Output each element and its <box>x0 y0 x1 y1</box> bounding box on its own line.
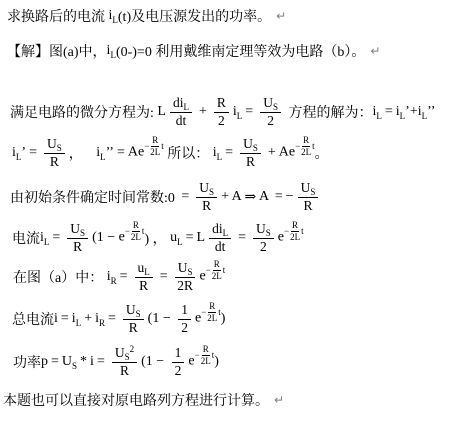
text-run: + A <box>221 189 244 205</box>
var-with-sub: uL <box>170 230 183 246</box>
formula-line-iL-uL: 电流 iL = USR (1 − e−R2Lt ) ， uL = L diLdt… <box>12 219 304 257</box>
equals-operator: = <box>120 269 128 285</box>
exp-term: e−R2Lt <box>195 308 221 330</box>
plus-operator: + <box>268 145 276 161</box>
math-sub: L <box>44 237 50 247</box>
exp-term: e−R2Lt <box>119 227 145 249</box>
frac-numerator: 1 <box>178 302 191 319</box>
math-sub: L <box>76 318 82 328</box>
plus-operator: + <box>199 104 207 120</box>
exp-fraction: R2L <box>301 135 311 157</box>
exp-term: e−R2Lt <box>199 266 225 288</box>
text-run: (0-)=0 利用戴维南定理等效为电路（b）。 <box>116 41 365 61</box>
exponent: −R2Lt <box>195 344 215 366</box>
exponent: −R2Lt <box>125 220 145 242</box>
math-sub: L <box>422 111 428 121</box>
math-sub: S <box>266 228 271 238</box>
exponent: −R2Lt <box>284 220 304 242</box>
minus-sign: − <box>125 227 130 236</box>
frac-numerator: US <box>44 136 65 153</box>
math-var: U <box>178 260 188 275</box>
math-sub: L <box>177 237 183 247</box>
frac-numerator: US <box>298 180 319 197</box>
math-var: t <box>212 351 215 360</box>
math-sub: L <box>110 50 116 60</box>
equals-operator: = <box>181 189 189 205</box>
var-with-sub: iL’ <box>396 104 410 120</box>
text-run: ) <box>221 311 226 327</box>
math-sub: S <box>72 361 77 371</box>
formula-line-total-current: 总电流 i = iL + iR = USR (1 − 12 e−R2Lt ) <box>12 300 225 338</box>
frac-numerator: uL <box>135 260 153 277</box>
exponent: −R2Lt <box>295 135 315 157</box>
math-var: U <box>263 95 273 110</box>
math-var: t <box>161 142 164 151</box>
text-run: 功率 <box>13 352 41 372</box>
math-var: U <box>126 302 136 317</box>
exp-term: Ae−R2Lt <box>128 142 164 164</box>
frac-numerator: R <box>214 95 229 112</box>
plus-operator: + <box>410 104 418 120</box>
text-run: A <box>256 189 272 205</box>
frac-denominator: 2L <box>201 356 211 366</box>
exp-term: e−R2Lt <box>188 351 214 373</box>
math-var: t <box>301 227 304 236</box>
fraction-Us2-R: US2R <box>112 345 137 378</box>
text-run: 电流 <box>12 228 40 248</box>
formula-line-solution-parts: iL’ = USR ，ㅤ iL’’ = Ae−R2Lt 所以： iL = USR… <box>12 134 329 172</box>
minus-sign: − <box>195 351 200 360</box>
frac-denominator: R <box>302 198 315 214</box>
frac-denominator: R <box>127 320 140 336</box>
prime-mark: ’’ <box>427 104 435 119</box>
frac-denominator: R <box>244 154 257 170</box>
minus-sign: − <box>144 142 149 151</box>
frac-denominator: 2L <box>290 232 300 242</box>
math-sub: S <box>187 267 192 277</box>
exponent: −R2Lt <box>144 135 164 157</box>
equals-operator: = <box>108 311 116 327</box>
math-var: i <box>54 311 58 327</box>
frac-numerator: R <box>208 301 216 312</box>
fraction-R-2: R2 <box>214 95 229 128</box>
math-sub: S <box>80 228 85 238</box>
fraction-Us-R: USR <box>240 136 261 169</box>
minus-sign: − <box>206 266 211 275</box>
frac-denominator: R <box>200 198 213 214</box>
minus-sign: − <box>201 308 206 317</box>
fraction-Us-2: US2 <box>253 221 274 254</box>
frac-denominator: 2R <box>175 278 195 294</box>
paragraph-mark-icon: ↵ <box>370 44 380 58</box>
exp-fraction: R2L <box>201 344 211 366</box>
exponent: −R2Lt <box>201 301 221 323</box>
var-with-sub: iL <box>40 230 49 246</box>
fraction-Us-R: USR <box>67 221 88 254</box>
text-run: (t)及电压源发出的功率。 <box>118 6 271 26</box>
math-var: U <box>199 180 209 195</box>
exp-fraction: R2L <box>207 301 217 323</box>
var-with-sub: iL <box>109 8 118 24</box>
text-run: 满足电路的微分方程为: <box>10 102 157 122</box>
frac-denominator: 2 <box>173 363 184 379</box>
frac-numerator: R <box>291 220 299 231</box>
math-var: U <box>243 136 253 151</box>
equals-operator: = <box>97 354 105 370</box>
math-var: di <box>212 221 223 236</box>
frac-numerator: R <box>202 344 210 355</box>
frac-numerator: US <box>240 136 261 153</box>
frac-denominator: R <box>71 239 84 255</box>
frac-denominator: R <box>48 154 61 170</box>
exp-fraction: R2L <box>150 135 160 157</box>
frac-denominator: 2L <box>301 147 311 157</box>
equals-operator: = <box>61 311 69 327</box>
frac-numerator: R <box>213 259 221 270</box>
text-run: 方程的解为： <box>285 102 373 122</box>
frac-denominator: 2L <box>150 147 160 157</box>
minus-sign: − <box>286 189 294 205</box>
var-with-sub: iL <box>213 145 222 161</box>
equals-operator: = <box>238 230 246 246</box>
fraction-uL-R: uLR <box>135 260 153 293</box>
text-run: ，ㅤ <box>69 143 97 163</box>
math-sub: L <box>100 152 106 162</box>
math-var: U <box>47 136 57 151</box>
text-run: 总电流 <box>12 309 54 329</box>
frac-denominator: 2L <box>207 313 217 323</box>
frac-numerator: diL <box>170 95 192 112</box>
equals-operator: = <box>51 354 59 370</box>
prime-mark: ’’ <box>106 145 114 160</box>
frac-denominator: 2 <box>216 113 227 129</box>
minus-sign: − <box>295 142 300 151</box>
text-run: (1 − <box>141 354 168 370</box>
text-line-solution-intro: 【解】图(a)中， iL (0-)=0 利用戴维南定理等效为电路（b）。 ↵ <box>7 42 380 60</box>
fraction-1-2: 12 <box>178 302 191 335</box>
math-sub: L <box>223 228 229 238</box>
math-var: p <box>41 354 48 370</box>
equals-operator: = <box>117 145 125 161</box>
math-var: U <box>62 354 72 369</box>
math-sub: R <box>99 318 105 328</box>
frac-denominator: 2L <box>131 232 141 242</box>
math-sub: L <box>144 267 150 277</box>
paragraph-mark-icon: ↵ <box>276 9 286 23</box>
math-var: U <box>70 221 80 236</box>
math-squared: 2 <box>130 344 135 354</box>
fraction-Us-2R: US2R <box>175 260 196 293</box>
math-var: t <box>142 227 145 236</box>
fraction-Us-2: US2 <box>260 95 281 128</box>
math-sub: L <box>16 152 22 162</box>
text-run: 所以： <box>164 143 213 163</box>
text-run: 本题也可以直接对原电路列方程进行计算。 <box>3 390 269 410</box>
frac-numerator: R <box>302 135 310 146</box>
math-var: U <box>301 180 311 195</box>
math-sub: S <box>209 187 214 197</box>
paragraph-mark-icon: ↵ <box>274 393 284 407</box>
frac-numerator: R <box>132 220 140 231</box>
text-run: (1 − <box>92 230 119 246</box>
equals-operator: = <box>52 230 60 246</box>
var-with-sub: iL <box>233 104 242 120</box>
frac-denominator: R <box>118 363 131 379</box>
math-var: L <box>157 104 166 120</box>
document-page: { "sym": { "i":"i","L":"L","R":"R","S":"… <box>0 0 466 422</box>
exp-term: e−R2Lt <box>278 227 304 249</box>
multiply-operator: * <box>80 354 87 370</box>
math-var: U <box>115 345 125 360</box>
equals-operator: = <box>29 145 37 161</box>
exponent: −R2Lt <box>206 259 226 281</box>
frac-numerator: US <box>123 302 144 319</box>
text-run: 。 <box>315 143 329 163</box>
text-line-closing-note: 本题也可以直接对原电路列方程进行计算。 ↵ <box>3 391 284 409</box>
fraction-diL-dt: diLdt <box>170 95 192 128</box>
fraction-diL-dt: diLdt <box>209 221 231 254</box>
math-sub: L <box>400 111 406 121</box>
math-var: L <box>197 230 206 246</box>
math-sub: S <box>125 352 130 362</box>
var-with-sub: iL’’ <box>96 145 114 161</box>
formula-line-diff-eq: 满足电路的微分方程为: L diLdt + R2 iL = US2 方程的解为：… <box>10 93 435 131</box>
exp-fraction: R2L <box>212 259 222 281</box>
math-var: t <box>223 266 226 275</box>
math-var: t <box>218 308 221 317</box>
math-sub: L <box>183 102 189 112</box>
frac-numerator: diL <box>209 221 231 238</box>
text-run: 在图（a）中： <box>13 267 107 287</box>
frac-denominator: 2L <box>212 271 222 281</box>
equals-operator: = <box>385 104 393 120</box>
math-sub: L <box>237 111 243 121</box>
formula-line-iR: 在图（a）中： iR = uLR = US2R e−R2Lt <box>13 258 225 296</box>
math-var: Ae <box>279 145 295 160</box>
var-with-sub: iL <box>372 104 381 120</box>
frac-numerator: US <box>260 95 281 112</box>
math-var: Ae <box>128 145 144 160</box>
text-run: (1 − <box>148 311 175 327</box>
math-sub: L <box>217 152 223 162</box>
fraction-Us-R: USR <box>298 180 319 213</box>
frac-denominator: R <box>137 278 150 294</box>
math-sub: S <box>253 143 258 153</box>
implies-operator: ⇒ <box>245 189 257 206</box>
math-sub: S <box>57 143 62 153</box>
math-var: i <box>90 354 94 370</box>
fraction-Us-R: USR <box>196 180 217 213</box>
fraction-1-2: 12 <box>172 345 185 378</box>
frac-numerator: US <box>67 221 88 238</box>
frac-numerator: US2 <box>112 345 137 362</box>
text-line-problem: 求换路后的电流 iL (t)及电压源发出的功率。 ↵ <box>7 7 286 25</box>
exp-fraction: R2L <box>290 220 300 242</box>
math-var: t <box>312 142 315 151</box>
var-with-sub: iR <box>95 311 105 327</box>
frac-numerator: US <box>196 180 217 197</box>
frac-denominator: 2 <box>265 113 276 129</box>
text-run: 求换路后的电流 <box>7 6 109 26</box>
frac-denominator: dt <box>174 113 189 129</box>
var-with-sub: iL <box>72 311 81 327</box>
frac-numerator: 1 <box>172 345 185 362</box>
var-with-sub: iL’ <box>12 145 26 161</box>
math-sub: R <box>111 276 117 286</box>
math-sub: L <box>376 111 382 121</box>
equals-operator: = <box>245 104 253 120</box>
frac-denominator: 2 <box>179 320 190 336</box>
formula-line-initial-condition: 由初始条件确定时间常数:0 = USR + A ⇒ A = − USR <box>10 178 322 216</box>
prime-mark: ’ <box>21 145 26 160</box>
math-var: di <box>173 95 184 110</box>
exp-term: Ae−R2Lt <box>279 142 315 164</box>
math-sub: S <box>136 309 141 319</box>
exp-fraction: R2L <box>131 220 141 242</box>
math-sub: L <box>112 15 118 25</box>
equals-operator: = <box>225 145 233 161</box>
frac-numerator: R <box>151 135 159 146</box>
frac-numerator: US <box>253 221 274 238</box>
text-run: 【解】图(a)中， <box>7 41 107 61</box>
plus-operator: + <box>84 311 92 327</box>
math-var: U <box>256 221 266 236</box>
minus-sign: − <box>284 227 289 236</box>
frac-denominator: dt <box>213 239 228 255</box>
frac-numerator: US <box>175 260 196 277</box>
formula-line-power: 功率 p = US * i = US2R (1 − 12 e−R2Lt ) <box>13 343 219 381</box>
text-run: ) ， <box>144 228 170 248</box>
var-with-sub: iR <box>107 269 117 285</box>
text-run: 由初始条件确定时间常数:0 <box>10 187 178 207</box>
fraction-Us-R: USR <box>44 136 65 169</box>
text-run: ) <box>214 354 219 370</box>
frac-denominator: 2 <box>258 239 269 255</box>
equals-operator: = <box>275 189 283 205</box>
var-with-sub: iL’’ <box>418 104 436 120</box>
math-sub: S <box>310 187 315 197</box>
var-with-sub: US <box>62 354 77 370</box>
math-sub: S <box>273 102 278 112</box>
equals-operator: = <box>186 230 194 246</box>
var-with-sub: iL <box>107 43 116 59</box>
equals-operator: = <box>160 269 168 285</box>
fraction-Us-R: USR <box>123 302 144 335</box>
